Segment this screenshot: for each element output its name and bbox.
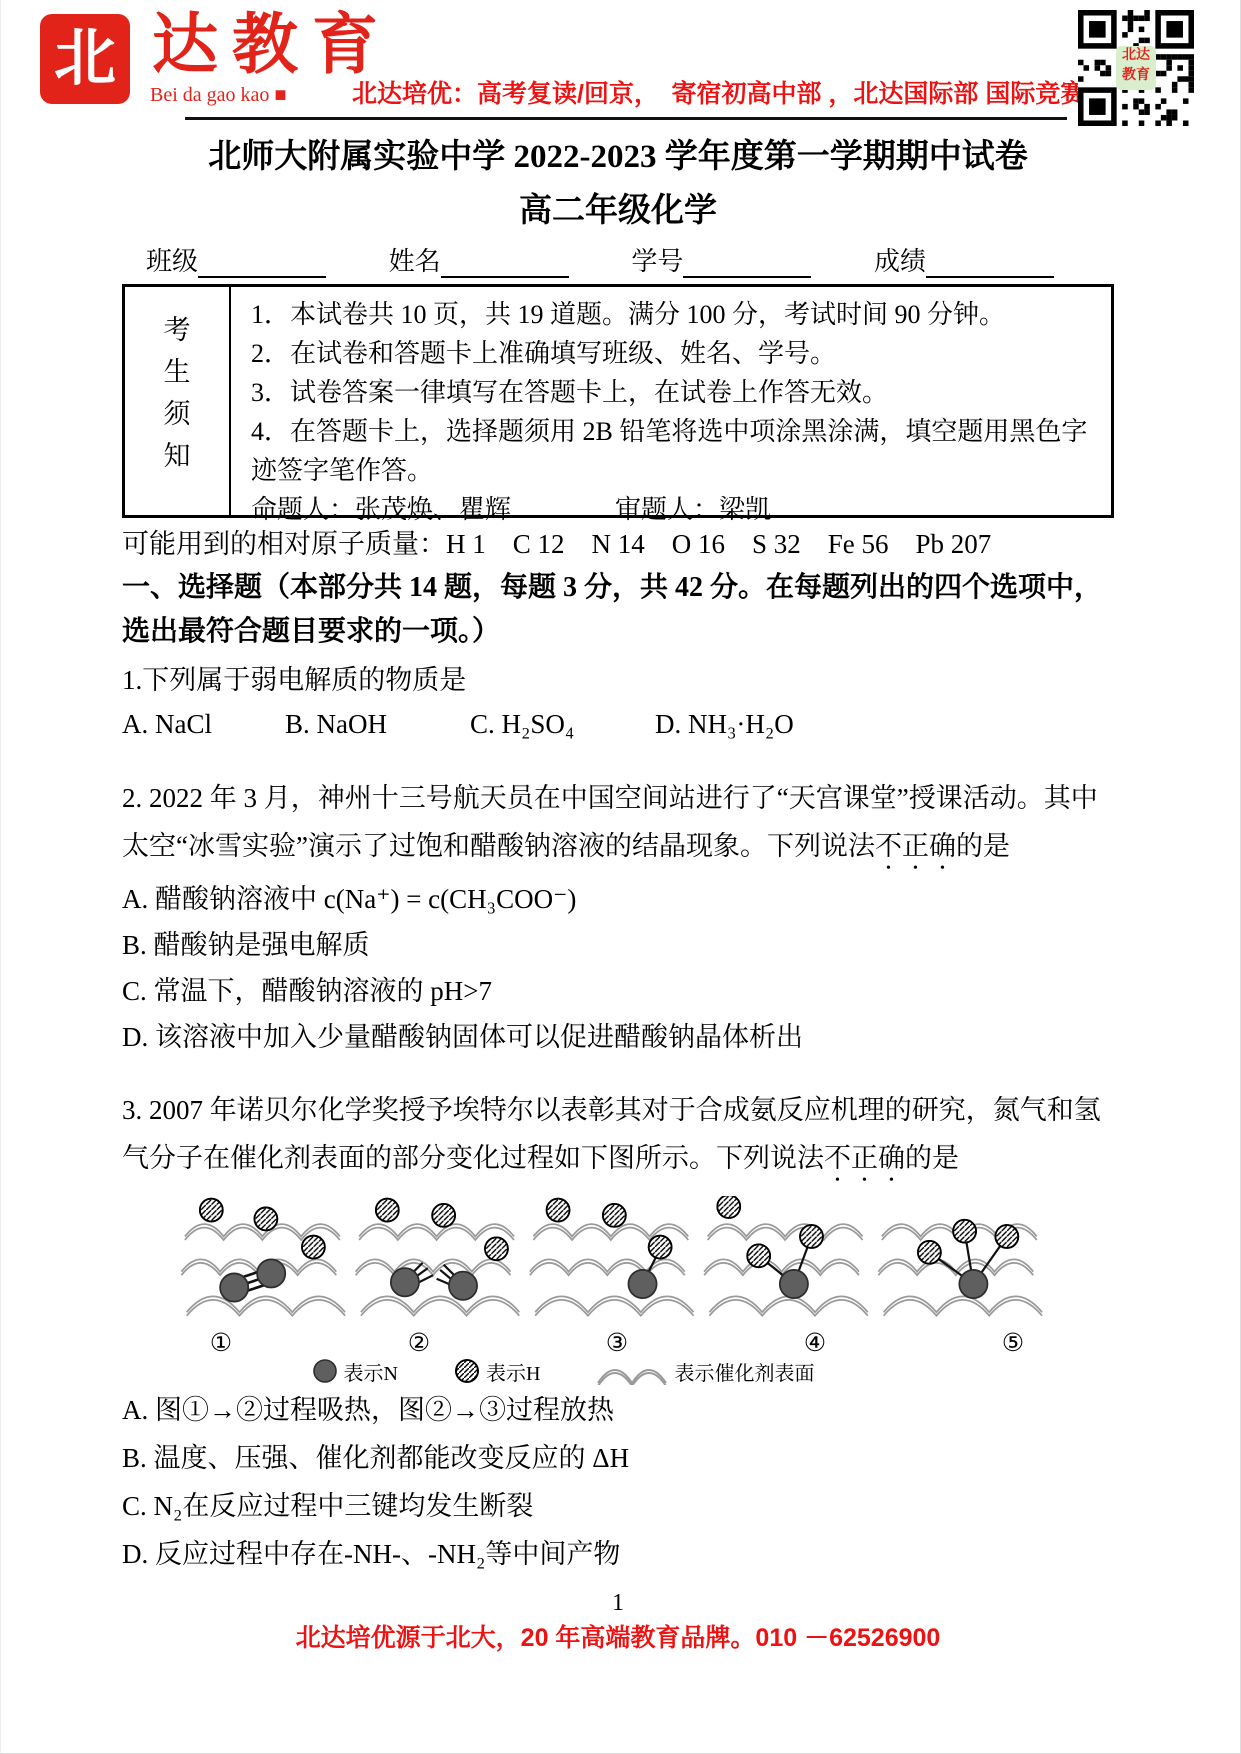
question-3-stem: 3. 2007 年诺贝尔化学奖授予埃特尔以表彰其对于合成氨反应机理的研究，氮气和…: [122, 1086, 1114, 1188]
legend-item-n: 表示N: [312, 1357, 398, 1386]
figure-legend: 表示N 表示H: [67, 1356, 1059, 1386]
q1-option-d: D. NH₃·H₂O: [655, 702, 794, 746]
field-score-label: 成绩: [874, 241, 926, 278]
field-class: 班级: [146, 242, 326, 278]
notice-side-char: 须: [164, 393, 191, 435]
figure-panel-3: [530, 1199, 694, 1316]
legend-surface-label: 表示催化剂表面: [674, 1357, 814, 1386]
q2-option-b: B. 醋酸钠是强电解质: [122, 922, 1114, 968]
examinee-notice-box: 考 生 须 知 1．本试卷共 10 页，共 19 道题。满分 100 分，考试时…: [122, 284, 1114, 518]
section1-heading: 一、选择题（本部分共 14 题，每题 3 分，共 42 分。在每题列出的四个选项…: [122, 566, 1114, 654]
figure-panel-5: [878, 1220, 1042, 1316]
header-tagline: 北达培优：高考复读/回京， 寄宿初高中部 ，北达国际部 国际竞赛部: [352, 74, 1052, 110]
field-name-blank: [441, 246, 569, 278]
panel-label-1: ①: [122, 1328, 320, 1356]
q3-option-c: C. N₂在反应过程中三键均发生断裂: [122, 1482, 1114, 1530]
catalyst-surface-icon: [596, 1357, 668, 1385]
q3-stem-tail: 的是: [905, 1143, 959, 1173]
field-student-id-label: 学号: [631, 241, 683, 278]
panel-label-5: ⑤: [914, 1328, 1112, 1356]
field-score-blank: [926, 246, 1054, 278]
catalyst-figure-graphic: [122, 1196, 1112, 1328]
footer-slogan: 北达培优源于北大，20 年高端教育品牌。010 －62526900: [122, 1622, 1114, 1654]
notice-side-char: 考: [164, 309, 191, 351]
logo-subtext: Bei da gao kao ■: [150, 84, 286, 107]
figure-panel-4: [704, 1196, 868, 1316]
q2-option-c: C. 常温下，醋酸钠溶液的 pH>7: [122, 968, 1114, 1014]
figure-panel-2: [356, 1199, 520, 1316]
q2-stem-tail: 的是: [956, 831, 1010, 861]
figure-panel-labels: ① ② ③ ④ ⑤: [122, 1328, 1114, 1356]
qr-label-line2: 教育: [1116, 66, 1156, 86]
question-1-stem: 1.下列属于弱电解质的物质是: [122, 658, 1114, 702]
qr-label-line1: 北达: [1116, 46, 1156, 66]
q2-stem-emphasis: 不正确: [875, 831, 956, 861]
question-1-options: A. NaCl B. NaOH C. H₂SO₄ D. NH₃·H₂O: [122, 702, 1114, 746]
n-atom-icon: [312, 1358, 338, 1384]
field-class-label: 班级: [146, 241, 198, 278]
legend-item-h: 表示H: [454, 1357, 540, 1386]
question-3: 3. 2007 年诺贝尔化学奖授予埃特尔以表彰其对于合成氨反应机理的研究，氮气和…: [122, 1086, 1114, 1578]
figure-panel-1: [181, 1199, 345, 1316]
exam-subtitle: 高二年级化学: [122, 188, 1114, 234]
q3-stem-emphasis: 不正确: [824, 1143, 905, 1173]
atomic-masses-line: 可能用到的相对原子质量：H 1 C 12 N 14 O 16 S 32 Fe 5…: [122, 524, 1114, 564]
notice-item-3: 3．试卷答案一律填写在答题卡上，在试卷上作答无效。: [251, 373, 1097, 412]
q3-option-b: B. 温度、压强、催化剂都能改变反应的 ΔH: [122, 1434, 1114, 1482]
notice-items: 1．本试卷共 10 页，共 19 道题。满分 100 分，考试时间 90 分钟。…: [231, 287, 1111, 515]
panel-label-3: ③: [518, 1328, 716, 1356]
field-name: 姓名: [389, 242, 569, 278]
q3-option-a: A. 图①→②过程吸热，图②→③过程放热: [122, 1386, 1114, 1434]
notice-item-1: 1．本试卷共 10 页，共 19 道题。满分 100 分，考试时间 90 分钟。: [251, 295, 1097, 334]
logo-seal-char: 北: [54, 28, 116, 90]
qr-center-label: 北达 教育: [1116, 46, 1156, 90]
header-divider: [185, 117, 1067, 120]
h-atom-icon: [454, 1358, 480, 1384]
logo-seal: 北: [40, 14, 130, 104]
paper-content: 北师大附属实验中学 2022-2023 学年度第一学期期中试卷 高二年级化学 班…: [122, 130, 1114, 1654]
legend-n-label: 表示N: [344, 1357, 398, 1386]
q1-option-c: C. H₂SO₄: [470, 702, 655, 746]
student-info-row: 班级 姓名 学号 成绩: [122, 242, 1114, 278]
notice-side-char: 生: [164, 351, 191, 393]
page-number: 1: [122, 1588, 1114, 1618]
legend-item-surface: 表示催化剂表面: [596, 1357, 814, 1386]
exam-paper-page: 北 达教育 Bei da gao kao ■ 北达培优：高考复读/回京， 寄宿初…: [0, 0, 1241, 1754]
exam-title: 北师大附属实验中学 2022-2023 学年度第一学期期中试卷: [122, 134, 1114, 180]
q3-option-d: D. 反应过程中存在-NH-、-NH₂等中间产物: [122, 1530, 1114, 1578]
field-class-blank: [198, 246, 326, 278]
field-name-label: 姓名: [389, 241, 441, 278]
qr-code: 北达 教育: [1078, 10, 1194, 126]
q2-option-d: D. 该溶液中加入少量醋酸钠固体可以促进醋酸钠晶体析出: [122, 1014, 1114, 1060]
q1-option-b: B. NaOH: [285, 702, 470, 746]
panel-label-4: ④: [716, 1328, 914, 1356]
field-student-id-blank: [683, 246, 811, 278]
field-student-id: 学号: [631, 242, 811, 278]
panel-label-2: ②: [320, 1328, 518, 1356]
notice-side-label: 考 生 须 知: [125, 287, 231, 515]
notice-side-char: 知: [164, 435, 191, 477]
catalyst-surface-figure: ① ② ③ ④ ⑤ 表示N: [122, 1196, 1114, 1386]
q1-option-a: A. NaCl: [122, 702, 285, 746]
legend-h-label: 表示H: [486, 1357, 540, 1386]
notice-item-4: 4．在答题卡上，选择题须用 2B 铅笔将选中项涂黑涂满，填空题用黑色字迹签字笔作…: [251, 412, 1097, 490]
question-2: 2. 2022 年 3 月，神州十三号航天员在中国空间站进行了“天宫课堂”授课活…: [122, 774, 1114, 1060]
field-score: 成绩: [874, 242, 1054, 278]
question-2-stem: 2. 2022 年 3 月，神州十三号航天员在中国空间站进行了“天宫课堂”授课活…: [122, 774, 1114, 876]
notice-item-2: 2．在试卷和答题卡上准确填写班级、姓名、学号。: [251, 334, 1097, 373]
q2-option-a: A. 醋酸钠溶液中 c(Na⁺) = c(CH₃COO⁻): [122, 876, 1114, 922]
